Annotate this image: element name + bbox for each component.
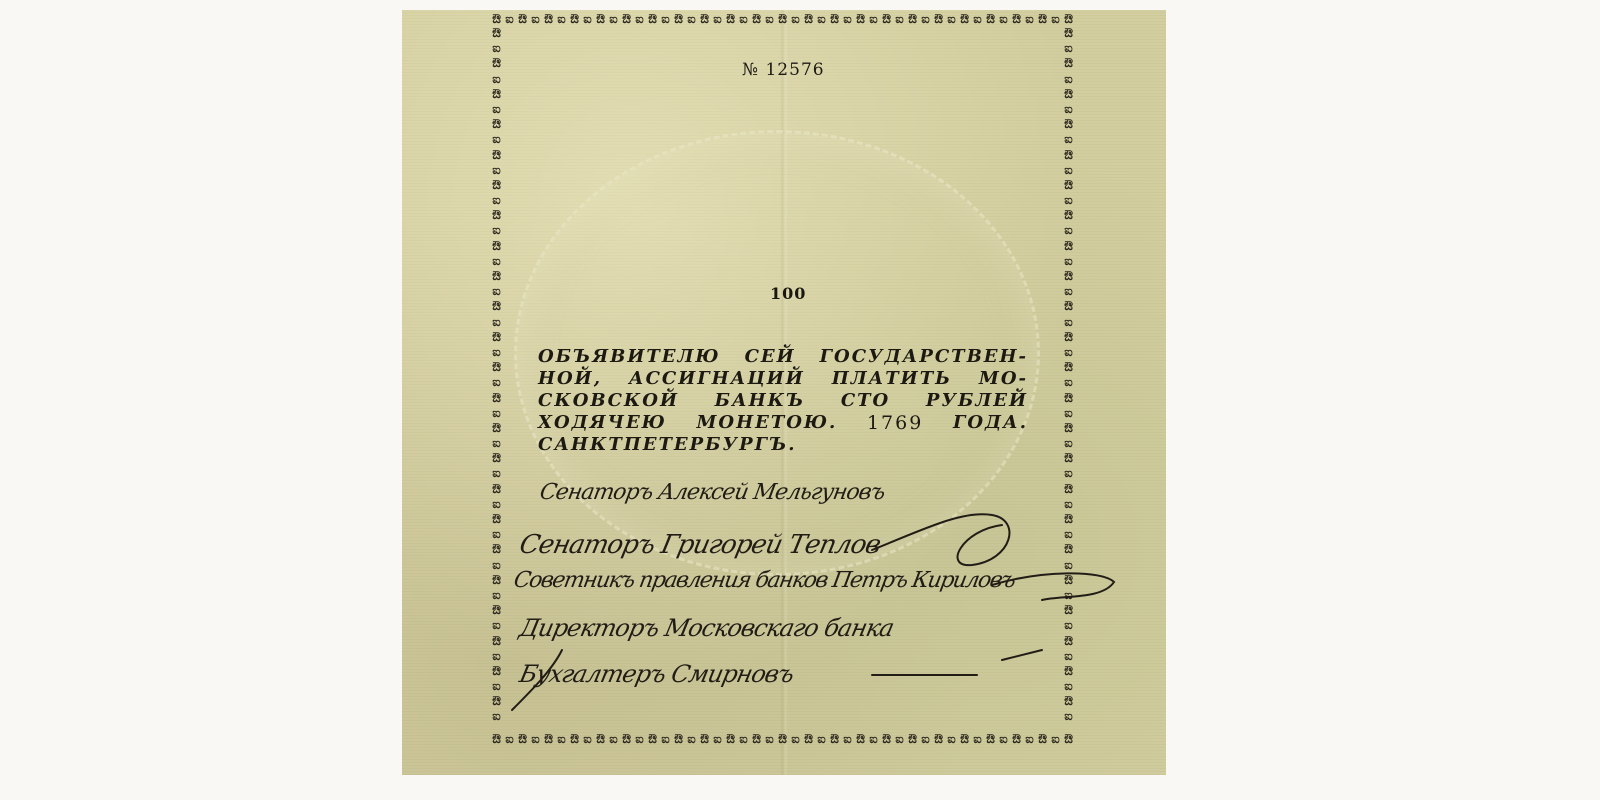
ornament-glyph: ಔ <box>490 179 503 194</box>
ornament-glyph: ಐ <box>490 498 503 513</box>
ornament-glyph: ಐ <box>503 13 516 26</box>
ornament-glyph: ಔ <box>490 361 503 376</box>
printed-text-block: Объявителю сей государствен- ной, ассигн… <box>538 346 1028 456</box>
ornament-glyph: ಔ <box>1062 604 1075 619</box>
ornament-glyph: ಐ <box>1062 73 1075 88</box>
ornament-glyph: ಐ <box>1062 255 1075 270</box>
ornament-glyph: ಐ <box>1062 194 1075 209</box>
ornament-glyph: ಔ <box>932 13 945 26</box>
ornament-glyph: ಐ <box>490 316 503 331</box>
ornament-glyph: ಐ <box>490 285 503 300</box>
ornament-glyph: ಔ <box>698 733 711 746</box>
ornament-glyph: ಔ <box>1062 392 1075 407</box>
signature-2: Сенаторъ Григорей Теплов <box>517 530 883 560</box>
ornament-glyph: ಐ <box>841 13 854 26</box>
text-line: ходячею монетою. 1769 года. <box>538 412 1028 434</box>
ornament-glyph: ಐ <box>893 733 906 746</box>
ornament-glyph: ಔ <box>1062 543 1075 558</box>
ornament-border-top: ಔಐಔಐಔಐಔಐಔಐಔಐಔಐಔಐಔಐಔಐಔಐಔಐಔಐಔಐಔಐಔಐಔಐಔಐಔಐಔಐ… <box>490 13 1076 27</box>
ornament-glyph: ಐ <box>867 733 880 746</box>
ornament-glyph: ಐ <box>633 13 646 26</box>
ornament-glyph: ಔ <box>1062 240 1075 255</box>
word: рублей <box>926 390 1028 412</box>
text-line: ной, ассигнаций платить Мо- <box>538 368 1028 390</box>
ornament-glyph: ಔ <box>1062 513 1075 528</box>
ornament-glyph: ಔ <box>490 574 503 589</box>
word: монетою. <box>696 412 837 434</box>
ornament-border-bottom: ಔಐಔಐಔಐಔಐಔಐಔಐಔಐಔಐಔಐಔಐಔಐಔಐಔಐಔಐಔಐಔಐಔಐಔಐಔಐಔಐ… <box>490 733 1076 747</box>
ornament-glyph: ಔ <box>1062 88 1075 103</box>
ornament-glyph: ಔ <box>490 733 503 746</box>
ornament-glyph: ಔ <box>490 270 503 285</box>
ornament-glyph: ಔ <box>1062 422 1075 437</box>
ornament-glyph: ಔ <box>1062 270 1075 285</box>
ornament-glyph: ಐ <box>945 733 958 746</box>
ornament-glyph: ಐ <box>490 589 503 604</box>
ornament-glyph: ಔ <box>880 13 893 26</box>
ornament-glyph: ಐ <box>555 13 568 26</box>
ornament-glyph: ಔ <box>542 13 555 26</box>
ornament-glyph: ಔ <box>490 665 503 680</box>
ornament-glyph: ಔ <box>1062 27 1075 42</box>
word: Объявителю <box>538 346 721 368</box>
ornament-glyph: ಐ <box>503 733 516 746</box>
ornament-glyph: ಔ <box>490 13 503 26</box>
ornament-glyph: ಐ <box>490 164 503 179</box>
ornament-glyph: ಐ <box>1062 224 1075 239</box>
ornament-glyph: ಐ <box>789 733 802 746</box>
ornament-glyph: ಔ <box>958 733 971 746</box>
word: ходячею <box>538 412 667 434</box>
ornament-glyph: ಐ <box>490 407 503 422</box>
ornament-glyph: ಐ <box>945 13 958 26</box>
ornament-glyph: ಔ <box>1062 733 1075 746</box>
banknote-image: ಔಐಔಐಔಐಔಐಔಐಔಐಔಐಔಐಔಐಔಐಔಐಔಐಔಐಔಐಔಐಔಐಔಐಔಐಔಐಔಐ… <box>402 10 1166 775</box>
ornament-glyph: ಐ <box>737 13 750 26</box>
ornament-glyph: ಐ <box>789 13 802 26</box>
ornament-glyph: ಐ <box>1062 710 1075 725</box>
ornament-glyph: ಐ <box>919 13 932 26</box>
ornament-glyph: ಔ <box>1062 179 1075 194</box>
signature-5: Бухгалтеръ Смирновъ <box>517 660 796 688</box>
ornament-glyph: ಔ <box>880 733 893 746</box>
ornament-glyph: ಐ <box>1062 164 1075 179</box>
ornament-glyph: ಔ <box>620 733 633 746</box>
ornament-glyph: ಔ <box>568 733 581 746</box>
signature-4: Директоръ Московскаго банка <box>517 614 896 642</box>
text-line: Санктпетербургъ. <box>538 434 1028 456</box>
ornament-glyph: ಐ <box>867 13 880 26</box>
ornament-glyph: ಔ <box>490 209 503 224</box>
ornament-glyph: ಐ <box>1049 13 1062 26</box>
word: банкъ <box>715 390 806 412</box>
ornament-glyph: ಐ <box>1062 619 1075 634</box>
ornament-glyph: ಐ <box>1049 733 1062 746</box>
ornament-glyph: ಐ <box>815 733 828 746</box>
word: сковской <box>538 390 679 412</box>
word: сто <box>841 390 890 412</box>
ornament-glyph: ಔ <box>490 604 503 619</box>
ornament-glyph: ಐ <box>1062 133 1075 148</box>
ornament-glyph: ಔ <box>854 13 867 26</box>
ornament-glyph: ಔ <box>1036 13 1049 26</box>
ornament-glyph: ಐ <box>1062 589 1075 604</box>
ornament-glyph: ಐ <box>490 619 503 634</box>
ornament-glyph: ಔ <box>490 543 503 558</box>
ornament-glyph: ಔ <box>1062 13 1075 26</box>
ornament-glyph: ಐ <box>1062 346 1075 361</box>
ornament-glyph: ಔ <box>490 513 503 528</box>
ornament-glyph: ಐ <box>1062 437 1075 452</box>
ornament-glyph: ಔ <box>516 13 529 26</box>
ornament-glyph: ಔ <box>1062 361 1075 376</box>
ornament-glyph: ಔ <box>490 695 503 710</box>
ornament-glyph: ಔ <box>490 392 503 407</box>
ornament-glyph: ಐ <box>581 13 594 26</box>
ornament-glyph: ಐ <box>581 733 594 746</box>
word: платить <box>832 368 952 390</box>
ornament-glyph: ಐ <box>490 467 503 482</box>
ornament-glyph: ಐ <box>711 733 724 746</box>
serial-number: № 12576 <box>742 60 825 80</box>
ornament-glyph: ಔ <box>1062 118 1075 133</box>
signature-1: Сенаторъ Алексей Мельгуновъ <box>538 480 887 505</box>
ornament-glyph: ಐ <box>763 13 776 26</box>
ornament-glyph: ಔ <box>490 240 503 255</box>
ornament-glyph: ಐ <box>1062 103 1075 118</box>
ornament-glyph: ಐ <box>490 42 503 57</box>
ornament-glyph: ಔ <box>490 483 503 498</box>
ornament-glyph: ಐ <box>1062 42 1075 57</box>
ornament-glyph: ಐ <box>685 733 698 746</box>
ornament-glyph: ಔ <box>802 13 815 26</box>
ornament-glyph: ಐ <box>1062 650 1075 665</box>
ornament-glyph: ಐ <box>997 13 1010 26</box>
text-line: сковской банкъ сто рублей <box>538 390 1028 412</box>
ornament-glyph: ಔ <box>620 13 633 26</box>
ornament-glyph: ಔ <box>490 331 503 346</box>
ornament-glyph: ಐ <box>919 733 932 746</box>
ornament-glyph: ಔ <box>698 13 711 26</box>
ornament-glyph: ಐ <box>971 733 984 746</box>
ornament-glyph: ಐ <box>971 13 984 26</box>
ornament-glyph: ಐ <box>490 103 503 118</box>
word: года. <box>953 412 1028 434</box>
ornament-glyph: ಔ <box>984 733 997 746</box>
ornament-glyph: ಔ <box>1062 57 1075 72</box>
ornament-border-left: ಔಐಔಐಔಐಔಐಔಐಔಐಔಐಔಐಔಐಔಐಔಐಔಐಔಐಔಐಔಐಔಐಔಐಔಐಔಐಔಐ… <box>490 27 504 733</box>
ornament-glyph: ಔ <box>1062 483 1075 498</box>
ornament-glyph: ಐ <box>490 255 503 270</box>
ornament-glyph: ಔ <box>854 733 867 746</box>
ornament-glyph: ಐ <box>1062 467 1075 482</box>
ornament-glyph: ಐ <box>763 733 776 746</box>
ornament-glyph: ಐ <box>490 346 503 361</box>
ornament-glyph: ಔ <box>490 422 503 437</box>
ornament-glyph: ಔ <box>1062 331 1075 346</box>
ornament-glyph: ಔ <box>672 733 685 746</box>
denomination: 100 <box>770 284 806 303</box>
ornament-glyph: ಐ <box>490 133 503 148</box>
ornament-glyph: ಔ <box>1036 733 1049 746</box>
ornament-glyph: ಔ <box>568 13 581 26</box>
ornament-glyph: ಔ <box>516 733 529 746</box>
ornament-glyph: ಔ <box>1062 149 1075 164</box>
ornament-glyph: ಔ <box>906 733 919 746</box>
ornament-glyph: ಐ <box>529 733 542 746</box>
ornament-glyph: ಔ <box>672 13 685 26</box>
ornament-glyph: ಐ <box>490 680 503 695</box>
ornament-glyph: ಔ <box>776 733 789 746</box>
signature-3: Советникъ правления банков Петръ Кирилов… <box>512 568 1017 593</box>
ornament-glyph: ಐ <box>997 733 1010 746</box>
ornament-glyph: ಔ <box>1010 733 1023 746</box>
ornament-glyph: ಐ <box>1062 498 1075 513</box>
ornament-glyph: ಔ <box>594 733 607 746</box>
ornament-glyph: ಔ <box>828 733 841 746</box>
ornament-glyph: ಔ <box>724 733 737 746</box>
ornament-glyph: ಐ <box>490 224 503 239</box>
ornament-glyph: ಔ <box>802 733 815 746</box>
ornament-glyph: ಐ <box>659 733 672 746</box>
ornament-glyph: ಐ <box>607 733 620 746</box>
ornament-glyph: ಐ <box>1062 680 1075 695</box>
ornament-glyph: ಐ <box>1062 407 1075 422</box>
ornament-glyph: ಐ <box>555 733 568 746</box>
ornament-glyph: ಐ <box>490 376 503 391</box>
ornament-glyph: ಔ <box>490 149 503 164</box>
ornament-glyph: ಔ <box>932 733 945 746</box>
ornament-glyph: ಐ <box>737 733 750 746</box>
ornament-glyph: ಔ <box>1062 574 1075 589</box>
ornament-glyph: ಐ <box>490 650 503 665</box>
ornament-glyph: ಐ <box>1062 559 1075 574</box>
ornament-glyph: ಔ <box>750 733 763 746</box>
ornament-glyph: ಔ <box>1010 13 1023 26</box>
ornament-glyph: ಐ <box>1062 285 1075 300</box>
ornament-glyph: ಐ <box>685 13 698 26</box>
ornament-glyph: ಔ <box>646 13 659 26</box>
ornament-glyph: ಐ <box>490 710 503 725</box>
ornament-glyph: ಔ <box>1062 665 1075 680</box>
ornament-glyph: ಔ <box>958 13 971 26</box>
ornament-glyph: ಔ <box>1062 452 1075 467</box>
ornament-glyph: ಐ <box>490 194 503 209</box>
ornament-glyph: ಔ <box>724 13 737 26</box>
word: Мо- <box>979 368 1028 390</box>
ornament-border-right: ಔಐಔಐಔಐಔಐಔಐಔಐಔಐಔಐಔಐಔಐಔಐಔಐಔಐಔಐಔಐಔಐಔಐಔಐಔಐಔಐ… <box>1062 27 1076 733</box>
ornament-glyph: ಐ <box>1023 13 1036 26</box>
ornament-glyph: ಐ <box>490 559 503 574</box>
ornament-glyph: ಐ <box>659 13 672 26</box>
place-name: Санктпетербургъ. <box>538 434 797 456</box>
ornament-glyph: ಔ <box>490 300 503 315</box>
ornament-glyph: ಔ <box>1062 300 1075 315</box>
ornament-glyph: ಐ <box>893 13 906 26</box>
ornament-glyph: ಐ <box>1062 316 1075 331</box>
ornament-glyph: ಐ <box>841 733 854 746</box>
word: ной, <box>538 368 602 390</box>
ornament-glyph: ಔ <box>750 13 763 26</box>
year: 1769 <box>867 412 923 434</box>
ornament-glyph: ಔ <box>542 733 555 746</box>
ornament-glyph: ಐ <box>815 13 828 26</box>
ornament-glyph: ಔ <box>490 452 503 467</box>
ornament-glyph: ಐ <box>1062 376 1075 391</box>
ornament-glyph: ಐ <box>633 733 646 746</box>
ornament-glyph: ಔ <box>984 13 997 26</box>
ornament-glyph: ಐ <box>490 73 503 88</box>
word: ассигнаций <box>629 368 805 390</box>
ornament-glyph: ಔ <box>1062 695 1075 710</box>
ornament-glyph: ಐ <box>1023 733 1036 746</box>
ornament-glyph: ಔ <box>646 733 659 746</box>
ornament-glyph: ಔ <box>906 13 919 26</box>
ornament-glyph: ಐ <box>607 13 620 26</box>
ornament-glyph: ಔ <box>490 88 503 103</box>
ornament-glyph: ಔ <box>490 57 503 72</box>
ornament-glyph: ಔ <box>1062 209 1075 224</box>
ornament-glyph: ಔ <box>490 27 503 42</box>
ornament-glyph: ಔ <box>776 13 789 26</box>
ornament-glyph: ಔ <box>490 118 503 133</box>
ornament-glyph: ಔ <box>490 635 503 650</box>
page-canvas: ಔಐಔಐಔಐಔಐಔಐಔಐಔಐಔಐಔಐಔಐಔಐಔಐಔಐಔಐಔಐಔಐಔಐಔಐಔಐಔಐ… <box>0 0 1600 800</box>
ornament-glyph: ಐ <box>490 437 503 452</box>
ornament-glyph: ಐ <box>490 528 503 543</box>
ornament-glyph: ಐ <box>529 13 542 26</box>
ornament-glyph: ಔ <box>1062 635 1075 650</box>
text-line: Объявителю сей государствен- <box>538 346 1028 368</box>
ornament-glyph: ಐ <box>1062 528 1075 543</box>
word: государствен- <box>820 346 1028 368</box>
ornament-glyph: ಔ <box>828 13 841 26</box>
ornament-glyph: ಔ <box>594 13 607 26</box>
word: сей <box>745 346 796 368</box>
ornament-glyph: ಐ <box>711 13 724 26</box>
